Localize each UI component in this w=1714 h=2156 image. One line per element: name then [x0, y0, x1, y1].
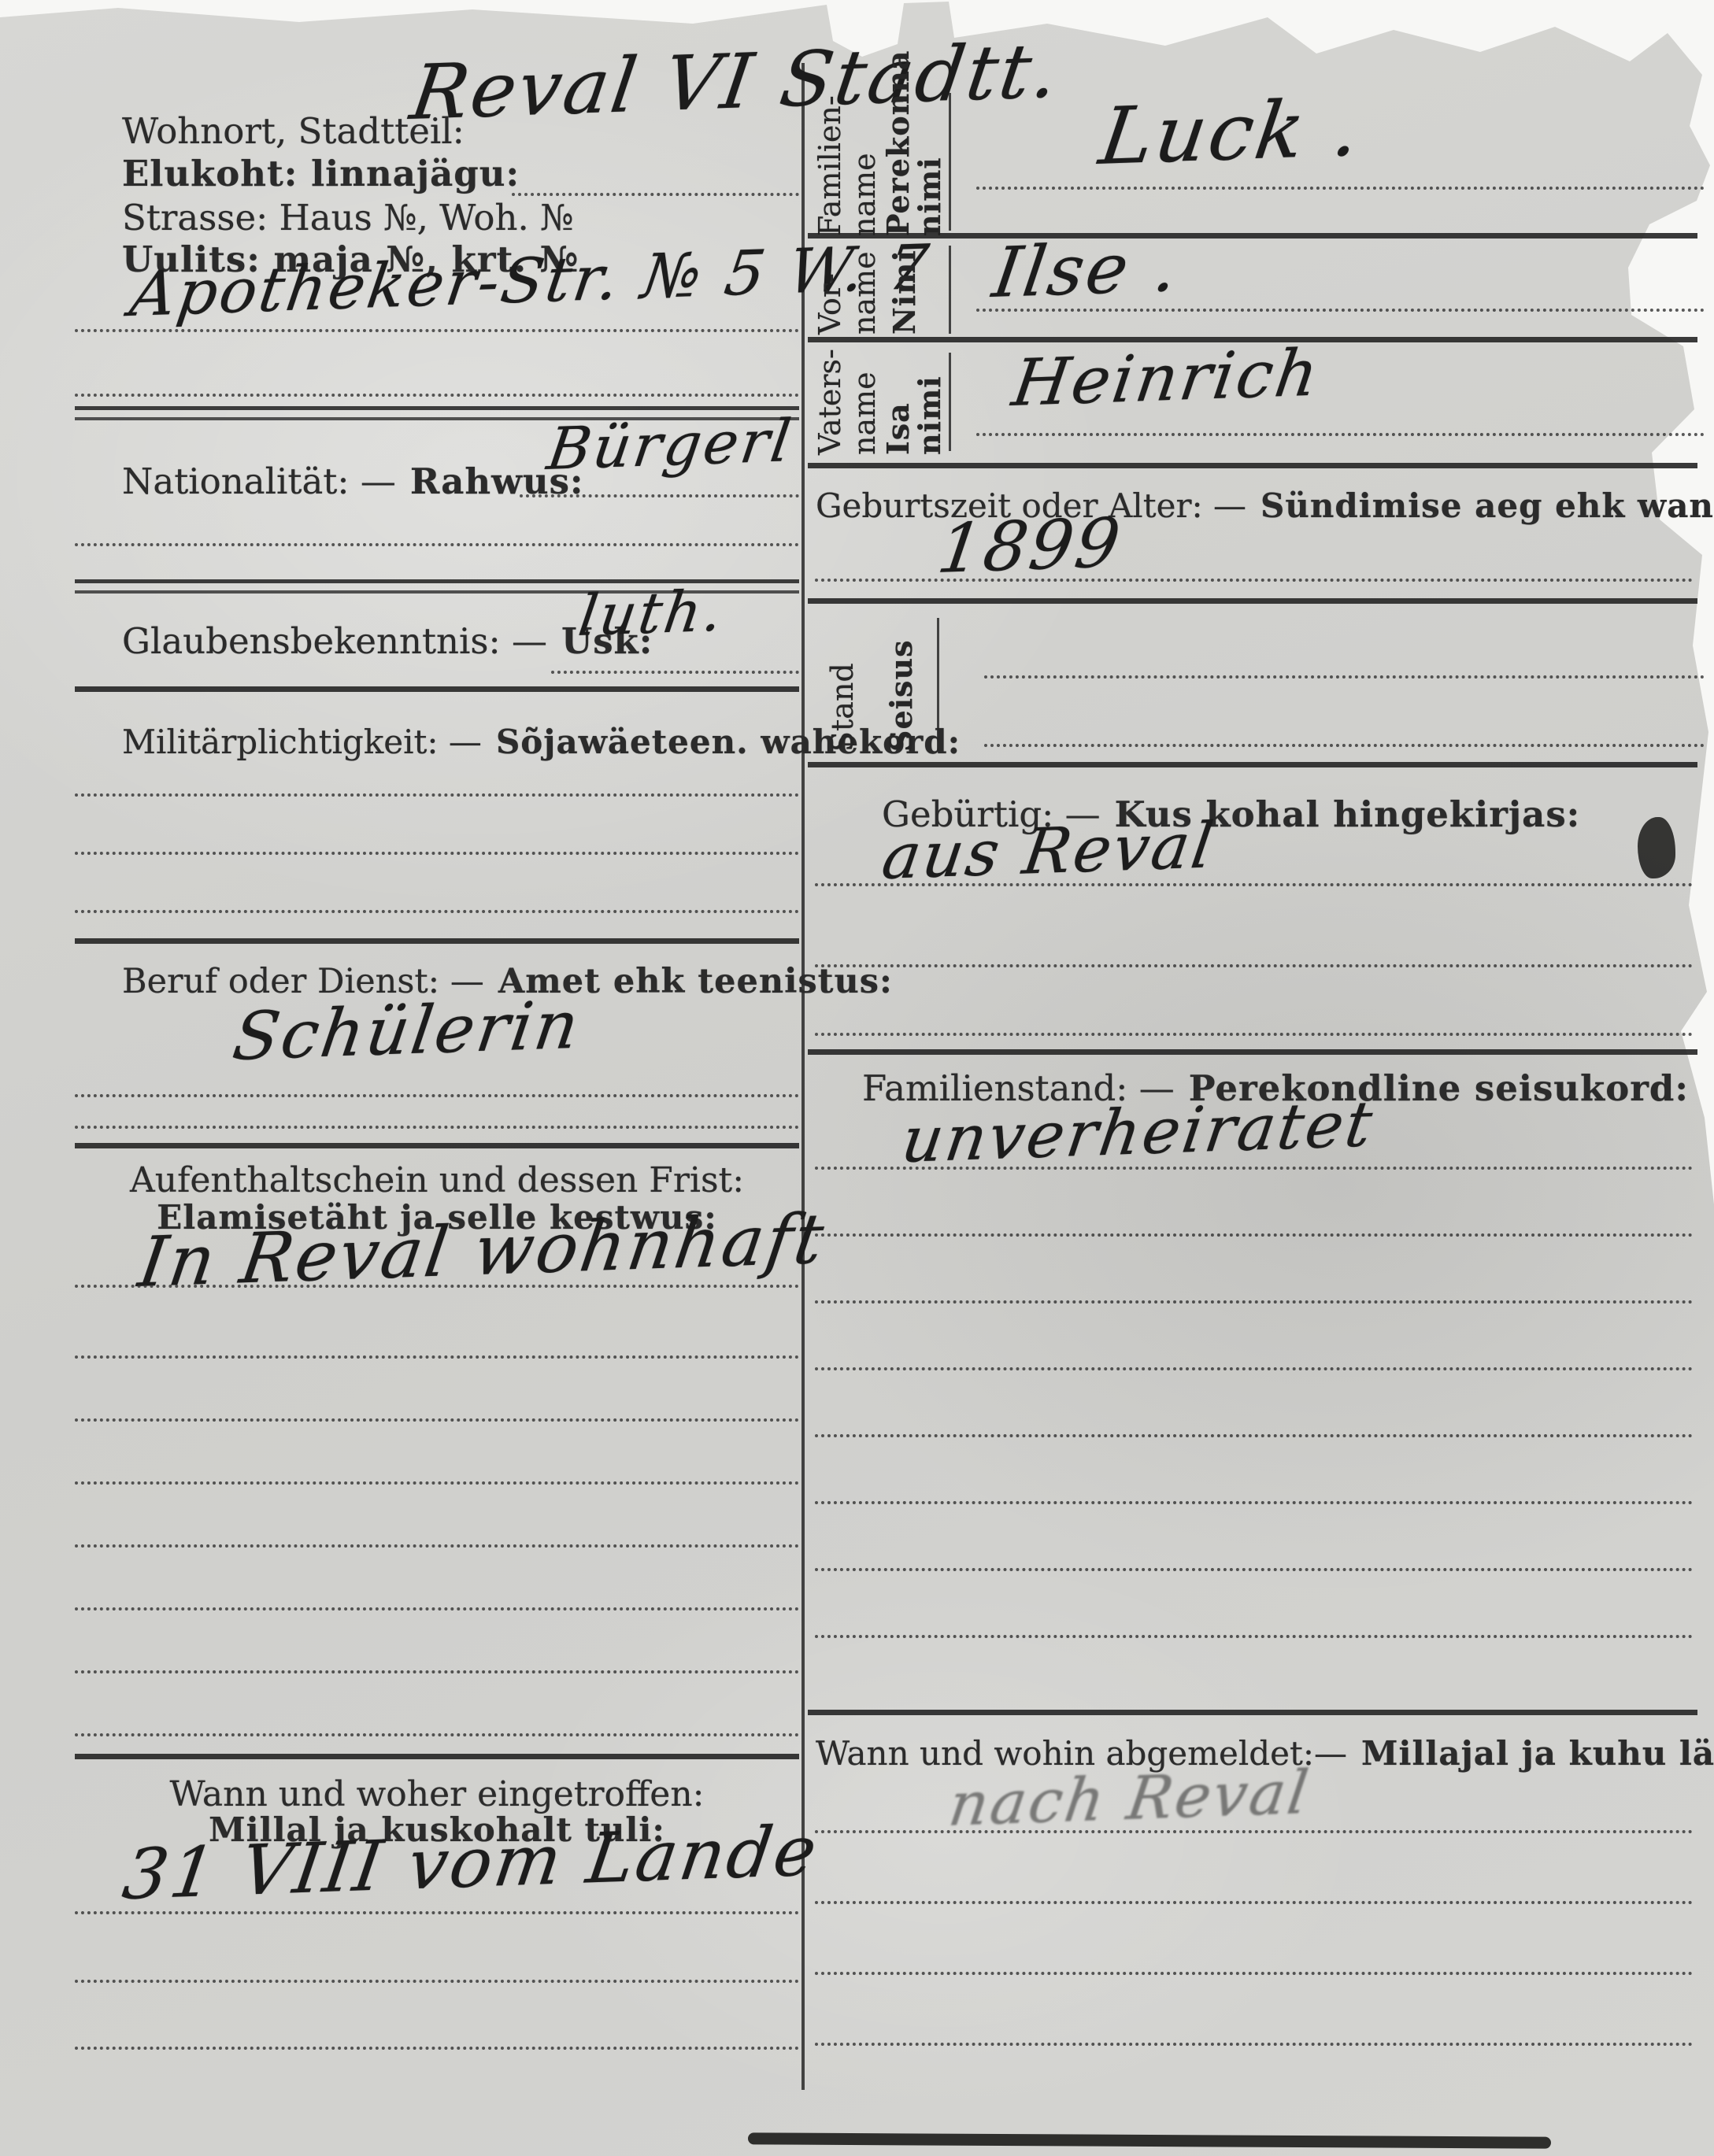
line — [75, 1607, 799, 1611]
handwritten-origin: aus Reval — [878, 808, 1220, 893]
line — [815, 1033, 1693, 1036]
line — [815, 1300, 1693, 1304]
section-rule — [808, 463, 1697, 468]
arrival-label-de: Wann und woher eingetroffen: — [75, 1774, 799, 1814]
label-rule — [949, 246, 951, 334]
label-rule — [949, 93, 951, 231]
line — [75, 910, 799, 913]
line — [815, 1635, 1693, 1638]
nationality-label-de: Nationalität: — — [122, 460, 396, 502]
nationality-row: Nationalität: — Rahwus: — [122, 460, 584, 502]
strasse-label: Strasse: Haus №, Woh. № — [122, 197, 574, 239]
line — [75, 1418, 799, 1422]
line — [984, 744, 1705, 747]
line — [75, 394, 799, 397]
line — [512, 193, 799, 196]
handwritten-religion: luth. — [575, 578, 728, 649]
line — [75, 1126, 799, 1129]
line — [75, 1911, 799, 1914]
section-rule — [75, 686, 799, 692]
line — [976, 309, 1705, 312]
family-name-label-et-2: nimi — [912, 75, 947, 236]
line — [815, 1901, 1693, 1904]
line — [815, 1167, 1693, 1170]
father-name-label-de-2: name — [847, 353, 882, 455]
handwritten-deregistration: nach Reval — [945, 1757, 1315, 1840]
line — [984, 675, 1705, 679]
line — [815, 964, 1693, 967]
ink-stain — [1638, 817, 1675, 878]
section-rule — [808, 598, 1697, 604]
line — [75, 329, 799, 332]
line — [976, 187, 1705, 190]
section-rule — [808, 762, 1697, 767]
handwritten-first-name: Ilse . — [988, 226, 1185, 313]
line — [520, 494, 799, 497]
line — [815, 1830, 1693, 1833]
father-name-label-et-2: nimi — [912, 353, 947, 455]
elukoht-label: Elukoht: linnajägu: — [122, 153, 520, 194]
handwritten-family-name: Luck . — [1094, 82, 1368, 183]
military-label-de: Militärplichtigkeit: — — [122, 723, 482, 761]
line — [75, 2047, 799, 2050]
line — [815, 883, 1693, 886]
line — [815, 579, 1693, 582]
line — [815, 1972, 1693, 1975]
family-name-label-et-1: Perekonna — [880, 75, 916, 236]
line — [75, 793, 799, 797]
handwritten-occupation: Schülerin — [228, 986, 586, 1075]
family-name-label-de-1: Familien- — [813, 75, 847, 236]
permit-label-de: Aufenthaltschein und dessen Frist: — [75, 1160, 799, 1200]
line — [75, 1355, 799, 1359]
section-rule — [808, 233, 1697, 239]
handwritten-nationality: Bürgerl — [543, 407, 797, 483]
father-name-label-et-1: Isa — [880, 353, 916, 455]
estate-label-et: Seisus — [883, 622, 919, 752]
line — [976, 433, 1705, 436]
line — [815, 2043, 1693, 2046]
line — [815, 1434, 1693, 1437]
religion-label-de: Glaubensbekenntnis: — — [122, 620, 547, 662]
section-rule — [75, 1143, 799, 1148]
line — [75, 1980, 799, 1983]
religion-row: Glaubensbekenntnis: — Usk: — [122, 620, 653, 662]
label-rule — [949, 353, 951, 451]
section-rule — [75, 1754, 799, 1759]
estate-label-de: Stand — [825, 622, 860, 752]
line — [75, 1285, 799, 1288]
line — [75, 1481, 799, 1485]
line — [75, 1094, 799, 1097]
family-name-label-de-2: name — [847, 75, 882, 236]
registration-card-scan: Wohnort, Stadtteil: Reval VI Stadtt. Elu… — [0, 0, 1714, 2156]
handwritten-birth: 1899 — [933, 504, 1127, 589]
section-rule — [808, 1710, 1697, 1715]
birth-label-et: Sündimise aeg ehk wanadus: — [1261, 486, 1714, 525]
handwritten-father-name: Heinrich — [1008, 336, 1325, 421]
section-rule — [75, 938, 799, 944]
line — [815, 1568, 1693, 1571]
line — [815, 1233, 1693, 1237]
label-rule — [937, 618, 939, 752]
line — [815, 1367, 1693, 1370]
line — [75, 1733, 799, 1736]
father-name-label-de-1: Vaters- — [813, 353, 847, 455]
line — [75, 543, 799, 546]
first-name-label-de-2: name — [847, 248, 882, 335]
line — [75, 1544, 799, 1548]
deregistration-label-et: Millajal ja kuhu läks: — [1361, 1734, 1714, 1773]
line — [75, 1670, 799, 1673]
first-name-label-et-1: Nimi — [887, 248, 922, 335]
line — [815, 1501, 1693, 1504]
line — [75, 852, 799, 855]
section-rule — [808, 1049, 1697, 1055]
line — [551, 671, 799, 674]
column-divider — [801, 63, 805, 2090]
first-name-label-de-1: Vor- — [813, 248, 847, 335]
